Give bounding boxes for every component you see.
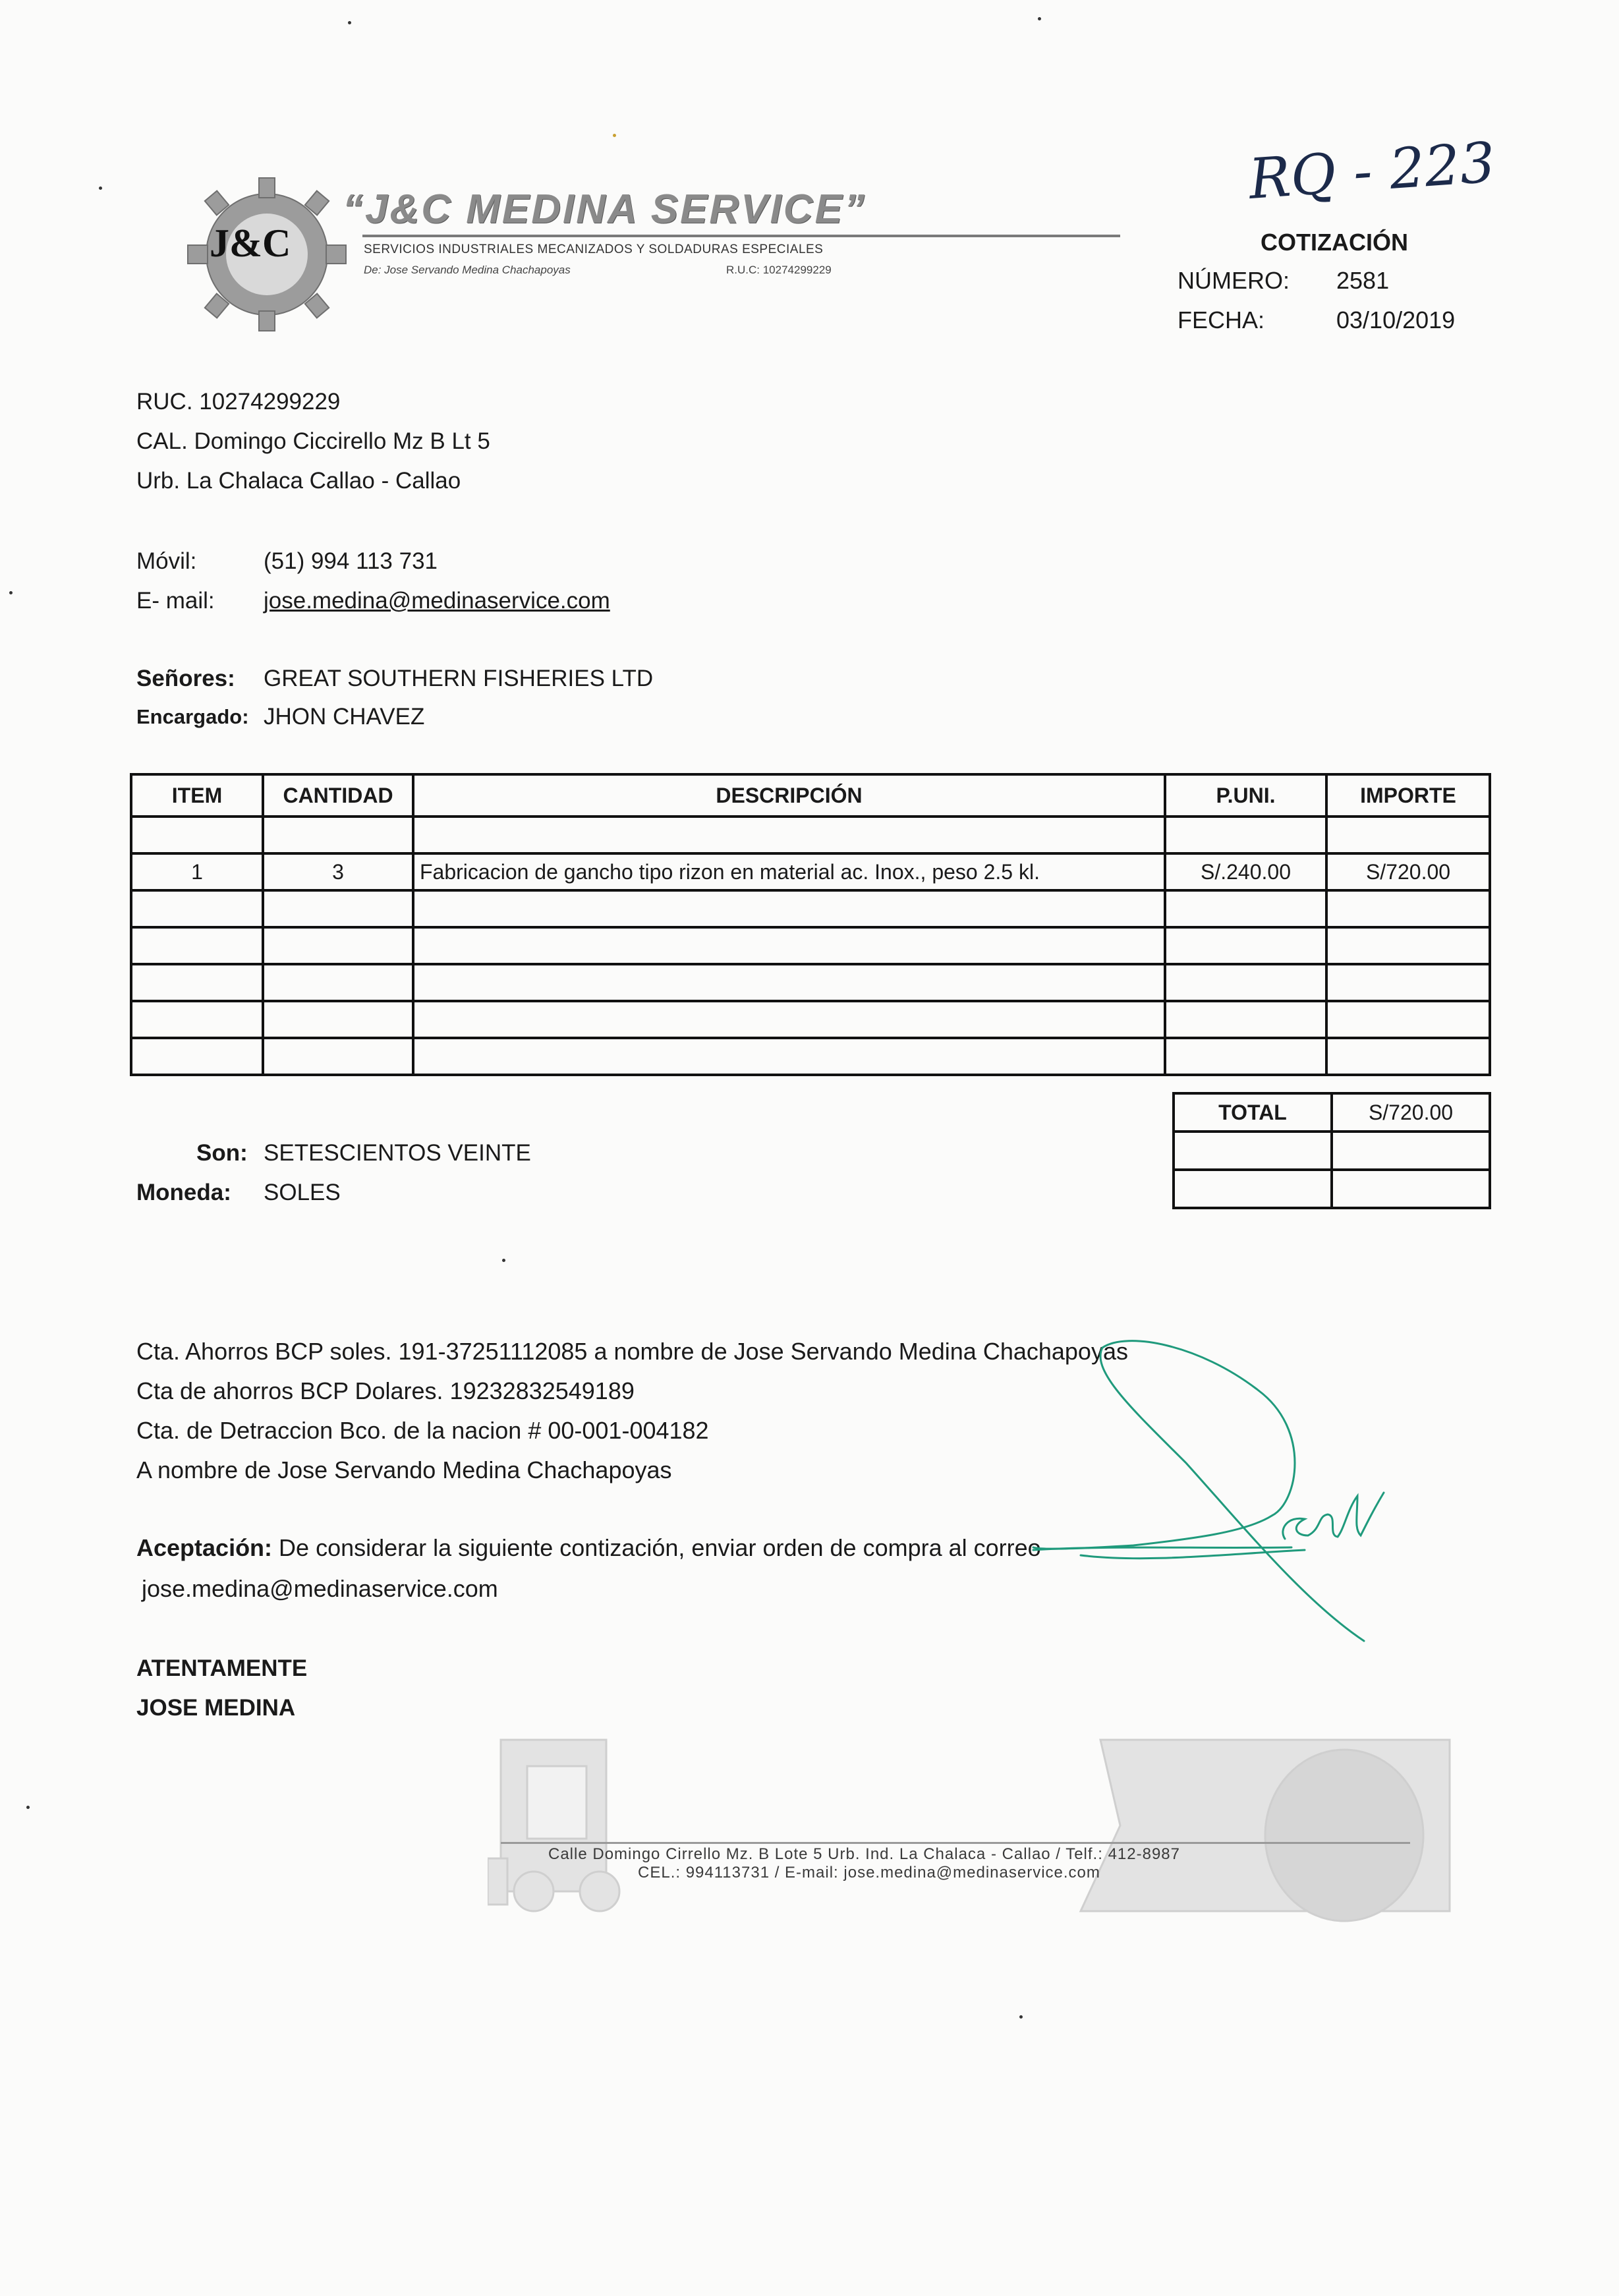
table-cell <box>1165 1001 1326 1038</box>
table-cell <box>1165 964 1326 1001</box>
contact-name: JHON CHAVEZ <box>264 704 424 730</box>
table-cell <box>413 1001 1165 1038</box>
items-table: ITEM CANTIDAD DESCRIPCIÓN P.UNI. IMPORTE… <box>130 773 1491 1076</box>
footer-address: Calle Domingo Cirrello Mz. B Lote 5 Urb.… <box>548 1845 1180 1864</box>
email-link[interactable]: jose.medina@medinaservice.com <box>264 588 610 614</box>
total-label: TOTAL <box>1174 1093 1332 1132</box>
table-cell <box>1326 927 1490 964</box>
footer-contact: CEL.: 994113731 / E-mail: jose.medina@me… <box>638 1864 1100 1882</box>
table-row <box>131 1038 1490 1075</box>
table-cell <box>1326 890 1490 927</box>
table-cell <box>1326 964 1490 1001</box>
table-cell <box>413 817 1165 853</box>
table-cell: S/.240.00 <box>1165 853 1326 890</box>
footer-rule <box>501 1842 1410 1844</box>
client-name: GREAT SOUTHERN FISHERIES LTD <box>264 666 653 692</box>
company-name: “J&C MEDINA SERVICE” <box>343 186 866 233</box>
table-cell <box>263 964 413 1001</box>
table-cell: 3 <box>263 853 413 890</box>
table-cell <box>263 890 413 927</box>
table-header-row: ITEM CANTIDAD DESCRIPCIÓN P.UNI. IMPORTE <box>131 774 1490 817</box>
currency: SOLES <box>264 1180 341 1206</box>
scan-speck <box>502 1259 505 1262</box>
table-cell <box>1165 1038 1326 1075</box>
mobile-number: (51) 994 113 731 <box>264 548 438 575</box>
table-cell <box>1165 927 1326 964</box>
table-cell <box>131 927 263 964</box>
table-row <box>131 964 1490 1001</box>
signer-name: JOSE MEDINA <box>136 1695 295 1721</box>
scan-speck <box>26 1806 30 1809</box>
quote-date: 03/10/2019 <box>1336 306 1455 334</box>
quote-date-label: FECHA: <box>1178 306 1264 334</box>
table-cell <box>1326 1038 1490 1075</box>
totals-empty-row <box>1174 1170 1490 1208</box>
table-cell <box>1165 890 1326 927</box>
closing-regards: ATENTAMENTE <box>136 1655 307 1682</box>
scan-speck <box>613 134 616 137</box>
table-cell: Fabricacion de gancho tipo rizon en mate… <box>413 853 1165 890</box>
bank-line-holder: A nombre de Jose Servando Medina Chachap… <box>136 1456 672 1484</box>
handwritten-reference: RQ - 223 <box>1247 130 1497 212</box>
table-row <box>131 817 1490 853</box>
table-cell <box>413 1038 1165 1075</box>
bank-line-dolares: Cta de ahorros BCP Dolares. 192328325491… <box>136 1377 635 1405</box>
acceptance-email[interactable]: jose.medina@medinaservice.com <box>142 1575 498 1603</box>
table-cell <box>131 1001 263 1038</box>
scan-speck <box>99 187 102 190</box>
email-label: E- mail: <box>136 588 215 614</box>
table-cell <box>131 890 263 927</box>
col-description: DESCRIPCIÓN <box>413 774 1165 817</box>
totals-empty-row <box>1174 1132 1490 1170</box>
mobile-label: Móvil: <box>136 548 196 575</box>
acceptance-body: De considerar la siguiente contización, … <box>272 1534 1041 1561</box>
table-cell <box>131 964 263 1001</box>
total-value: S/720.00 <box>1332 1093 1490 1132</box>
table-row <box>131 927 1490 964</box>
table-row: 13Fabricacion de gancho tipo rizon en ma… <box>131 853 1490 890</box>
header-rule <box>362 235 1120 237</box>
acceptance-text: Aceptación: De considerar la siguiente c… <box>136 1534 1041 1562</box>
col-quantity: CANTIDAD <box>263 774 413 817</box>
amount-words: SETESCIENTOS VEINTE <box>264 1140 531 1166</box>
table-cell <box>1165 817 1326 853</box>
issuer-ruc: RUC. 10274299229 <box>136 389 340 415</box>
table-cell <box>131 817 263 853</box>
scan-speck <box>9 591 13 594</box>
company-owner: De: Jose Servando Medina Chachapoyas <box>364 264 571 277</box>
footer-watermark-image <box>488 1727 1463 1924</box>
table-cell: S/720.00 <box>1326 853 1490 890</box>
table-cell <box>413 927 1165 964</box>
scan-speck <box>348 21 351 24</box>
acceptance-label: Aceptación: <box>136 1534 272 1561</box>
table-cell <box>131 1038 263 1075</box>
bank-line-soles: Cta. Ahorros BCP soles. 191-37251112085 … <box>136 1338 1128 1365</box>
scan-speck <box>1019 2015 1023 2019</box>
table-cell <box>263 1001 413 1038</box>
table-cell <box>263 1038 413 1075</box>
table-cell <box>1326 1001 1490 1038</box>
table-cell <box>413 890 1165 927</box>
table-cell: 1 <box>131 853 263 890</box>
company-tagline: SERVICIOS INDUSTRIALES MECANIZADOS Y SOL… <box>364 243 823 257</box>
quote-number: 2581 <box>1336 267 1389 295</box>
bank-line-detraccion: Cta. de Detraccion Bco. de la nacion # 0… <box>136 1417 709 1445</box>
table-cell <box>1326 817 1490 853</box>
quote-number-label: NÚMERO: <box>1178 267 1290 295</box>
total-row: TOTAL S/720.00 <box>1174 1093 1490 1132</box>
table-cell <box>413 964 1165 1001</box>
col-amount: IMPORTE <box>1326 774 1490 817</box>
table-cell <box>263 927 413 964</box>
table-cell <box>263 817 413 853</box>
col-item: ITEM <box>131 774 263 817</box>
amount-words-label: Son: <box>196 1140 248 1166</box>
client-label: Señores: <box>136 666 235 692</box>
scan-speck <box>1038 17 1041 20</box>
currency-label: Moneda: <box>136 1180 231 1206</box>
logo-initials: J&C <box>210 221 291 266</box>
issuer-address-line2: Urb. La Chalaca Callao - Callao <box>136 468 461 494</box>
quote-title: COTIZACIÓN <box>1261 229 1408 256</box>
contact-label: Encargado: <box>136 705 249 729</box>
totals-table: TOTAL S/720.00 <box>1172 1092 1491 1209</box>
col-unit-price: P.UNI. <box>1165 774 1326 817</box>
company-ruc: R.U.C: 10274299229 <box>726 264 832 277</box>
table-row <box>131 890 1490 927</box>
handwritten-signature <box>1028 1318 1568 1687</box>
issuer-address-line1: CAL. Domingo Ciccirello Mz B Lt 5 <box>136 428 490 455</box>
table-row <box>131 1001 1490 1038</box>
